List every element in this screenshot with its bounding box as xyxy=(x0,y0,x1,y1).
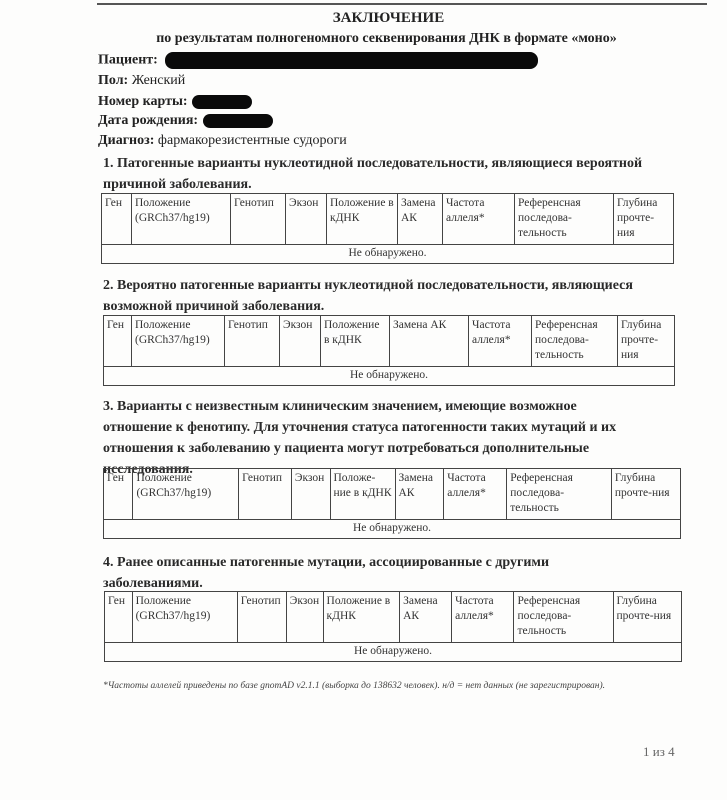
col-cdna-position: Положение в кДНК xyxy=(321,316,390,367)
sex-value: Женский xyxy=(132,73,186,88)
document-subtitle: по результатам полногеномного секвениров… xyxy=(0,31,727,47)
card-number-redaction xyxy=(192,95,252,109)
section-3-heading-line: 3. Варианты с неизвестным клиническим зн… xyxy=(103,396,616,417)
table-row: Не обнаружено. xyxy=(104,520,681,539)
col-gene: Ген xyxy=(102,194,132,245)
section-2-table: Ген Положение (GRCh37/hg19) Генотип Экзо… xyxy=(103,315,675,386)
col-exon: Экзон xyxy=(286,194,327,245)
col-cdna-position: Положение в кДНК xyxy=(323,592,400,643)
table-row: Не обнаружено. xyxy=(105,643,682,662)
col-cdna-position: Положе-ние в кДНК xyxy=(330,469,395,520)
table-row: Не обнаружено. xyxy=(102,245,674,264)
col-exon: Экзон xyxy=(286,592,323,643)
footnote: *Частоты аллелей приведены по базе gnomA… xyxy=(103,676,663,696)
section-1-heading-line: причиной заболевания. xyxy=(103,174,642,195)
col-position: Положение (GRCh37/hg19) xyxy=(132,316,225,367)
col-genotype: Генотип xyxy=(225,316,280,367)
col-reference-sequence: Референсная последова-тельность xyxy=(507,469,612,520)
col-genotype: Генотип xyxy=(231,194,286,245)
section-2-heading: 2. Вероятно патогенные варианты нуклеоти… xyxy=(103,275,633,317)
sex-field: Пол: Женский xyxy=(98,73,185,89)
col-position: Положение (GRCh37/hg19) xyxy=(132,194,231,245)
section-1-table: Ген Положение (GRCh37/hg19) Генотип Экзо… xyxy=(101,193,674,264)
table-header-row: Ген Положение (GRCh37/hg19) Генотип Экзо… xyxy=(104,316,675,367)
col-aa-change: Замена АК xyxy=(398,194,443,245)
sex-label: Пол: xyxy=(98,73,128,88)
table-header-row: Ген Положение (GRCh37/hg19) Генотип Экзо… xyxy=(105,592,682,643)
col-aa-change: Замена АК xyxy=(395,469,444,520)
col-cdna-position: Положение в кДНК xyxy=(327,194,398,245)
section-2-heading-line: 2. Вероятно патогенные варианты нуклеоти… xyxy=(103,275,633,296)
section-1-heading: 1. Патогенные варианты нуклеотидной посл… xyxy=(103,153,642,195)
col-genotype: Генотип xyxy=(237,592,286,643)
document-title: ЗАКЛЮЧЕНИЕ xyxy=(0,10,727,27)
col-read-depth: Глубина прочте-ния xyxy=(618,316,675,367)
col-position: Положение (GRCh37/hg19) xyxy=(133,469,239,520)
section-3-table: Ген Положение (GRCh37/hg19) Генотип Экзо… xyxy=(103,468,681,539)
table-row: Не обнаружено. xyxy=(104,367,675,386)
card-number-label: Номер карты: xyxy=(98,94,188,109)
col-reference-sequence: Референсная последова-тельность xyxy=(532,316,618,367)
birth-date-redaction xyxy=(203,114,273,128)
col-gene: Ген xyxy=(105,592,133,643)
table-header-row: Ген Положение (GRCh37/hg19) Генотип Экзо… xyxy=(104,469,681,520)
col-gene: Ген xyxy=(104,469,133,520)
col-aa-change: Замена АК xyxy=(390,316,469,367)
patient-label: Пациент: xyxy=(98,53,158,68)
section-4-table: Ген Положение (GRCh37/hg19) Генотип Экзо… xyxy=(104,591,682,662)
top-border-line xyxy=(97,3,707,5)
birth-date-label: Дата рождения: xyxy=(98,113,198,128)
col-gene: Ген xyxy=(104,316,132,367)
col-exon: Экзон xyxy=(291,469,330,520)
not-found-cell: Не обнаружено. xyxy=(102,245,674,264)
section-3-heading-line: отношения к заболеванию у пациента могут… xyxy=(103,438,616,459)
table-header-row: Ген Положение (GRCh37/hg19) Генотип Экзо… xyxy=(102,194,674,245)
section-3-heading-line: отношение к фенотипу. Для уточнения стат… xyxy=(103,417,616,438)
diagnosis-label: Диагноз: xyxy=(98,133,154,148)
col-allele-frequency: Частота аллеля* xyxy=(443,194,515,245)
birth-date-field: Дата рождения: xyxy=(98,113,273,129)
page-number: 1 из 4 xyxy=(643,744,675,760)
not-found-cell: Не обнаружено. xyxy=(104,367,675,386)
col-genotype: Генотип xyxy=(239,469,292,520)
diagnosis-field: Диагноз: фармакорезистентные судороги xyxy=(98,133,347,149)
col-allele-frequency: Частота аллеля* xyxy=(452,592,514,643)
not-found-cell: Не обнаружено. xyxy=(105,643,682,662)
col-aa-change: Замена АК xyxy=(400,592,452,643)
col-read-depth: Глубина прочте-ния xyxy=(613,592,682,643)
section-4-heading-line: 4. Ранее описанные патогенные мутации, а… xyxy=(103,552,549,573)
section-1-heading-line: 1. Патогенные варианты нуклеотидной посл… xyxy=(103,153,642,174)
col-reference-sequence: Референсная последова-тельность xyxy=(514,592,613,643)
section-4-heading: 4. Ранее описанные патогенные мутации, а… xyxy=(103,552,549,594)
not-found-cell: Не обнаружено. xyxy=(104,520,681,539)
col-read-depth: Глубина прочте-ния xyxy=(611,469,680,520)
col-allele-frequency: Частота аллеля* xyxy=(444,469,507,520)
patient-field: Пациент: xyxy=(98,52,538,69)
diagnosis-value: фармакорезистентные судороги xyxy=(158,133,347,148)
col-reference-sequence: Референсная последова-тельность xyxy=(515,194,614,245)
card-number-field: Номер карты: xyxy=(98,94,252,110)
patient-name-redaction xyxy=(165,52,538,69)
col-exon: Экзон xyxy=(280,316,321,367)
col-position: Положение (GRCh37/hg19) xyxy=(132,592,237,643)
col-read-depth: Глубина прочте-ния xyxy=(614,194,674,245)
col-allele-frequency: Частота аллеля* xyxy=(469,316,532,367)
section-2-heading-line: возможной причиной заболевания. xyxy=(103,296,633,317)
